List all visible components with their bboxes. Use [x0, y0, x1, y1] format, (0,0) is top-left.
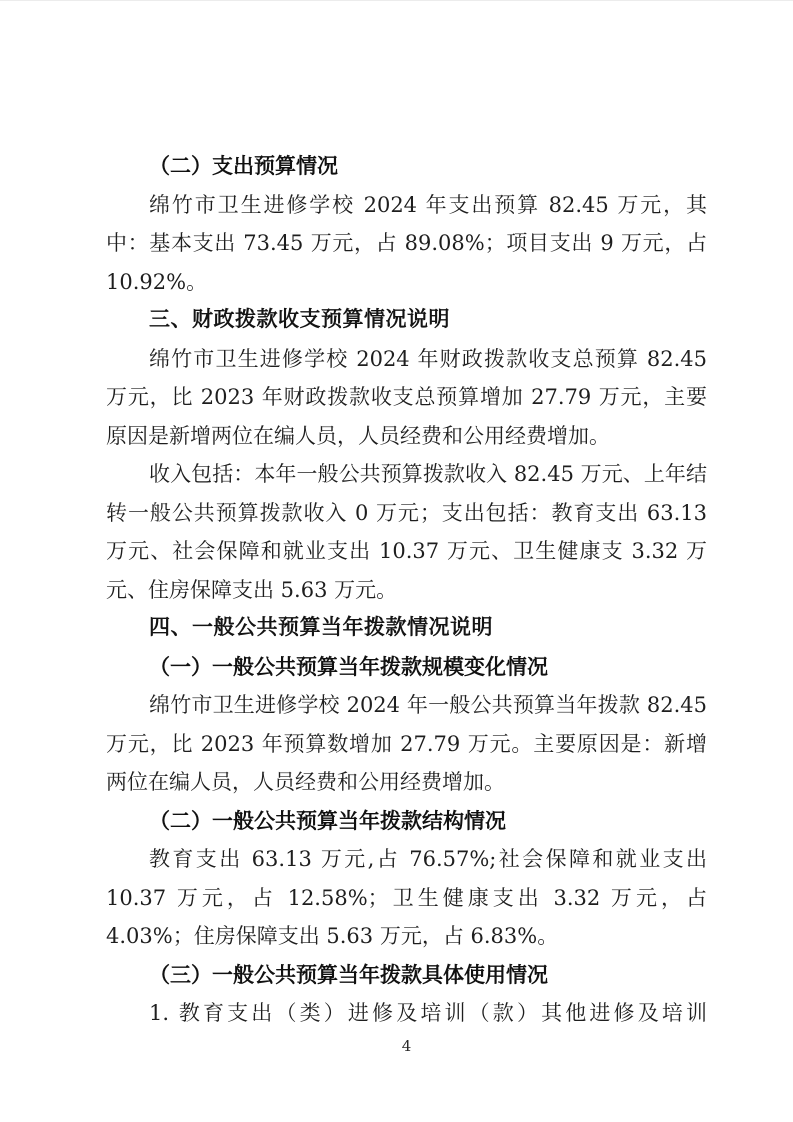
subheading-allocation-scale-change: （一）一般公共预算当年拨款规模变化情况 — [106, 648, 707, 687]
subheading-allocation-structure: （二）一般公共预算当年拨款结构情况 — [106, 802, 707, 841]
subheading-expenditure-budget: （二）支出预算情况 — [106, 147, 707, 186]
heading-fiscal-allocation-budget: 三、财政拨款收支预算情况说明 — [106, 301, 707, 340]
paragraph-allocation-scale-change: 绵竹市卫生进修学校 2024 年一般公共预算当年拨款 82.45 万元，比 20… — [106, 686, 707, 802]
paragraph-education-expenditure-item: 1. 教育支出（类）进修及培训（款）其他进修及培训 — [106, 994, 707, 1033]
paragraph-expenditure-summary: 绵竹市卫生进修学校 2024 年支出预算 82.45 万元，其中：基本支出 73… — [106, 186, 707, 302]
heading-general-public-budget-allocation: 四、一般公共预算当年拨款情况说明 — [106, 609, 707, 648]
subheading-allocation-specific-usage: （三）一般公共预算当年拨款具体使用情况 — [106, 956, 707, 995]
paragraph-fiscal-total-budget: 绵竹市卫生进修学校 2024 年财政拨款收支总预算 82.45 万元，比 202… — [106, 340, 707, 456]
document-page: （二）支出预算情况 绵竹市卫生进修学校 2024 年支出预算 82.45 万元，… — [0, 0, 793, 1122]
paragraph-allocation-structure: 教育支出 63.13 万元,占 76.57%;社会保障和就业支出 10.37 万… — [106, 840, 707, 956]
page-number: 4 — [106, 1037, 707, 1055]
document-body: （二）支出预算情况 绵竹市卫生进修学校 2024 年支出预算 82.45 万元，… — [106, 147, 707, 1033]
paragraph-income-expenditure-breakdown: 收入包括：本年一般公共预算拨款收入 82.45 万元、上年结转一般公共预算拨款收… — [106, 455, 707, 609]
